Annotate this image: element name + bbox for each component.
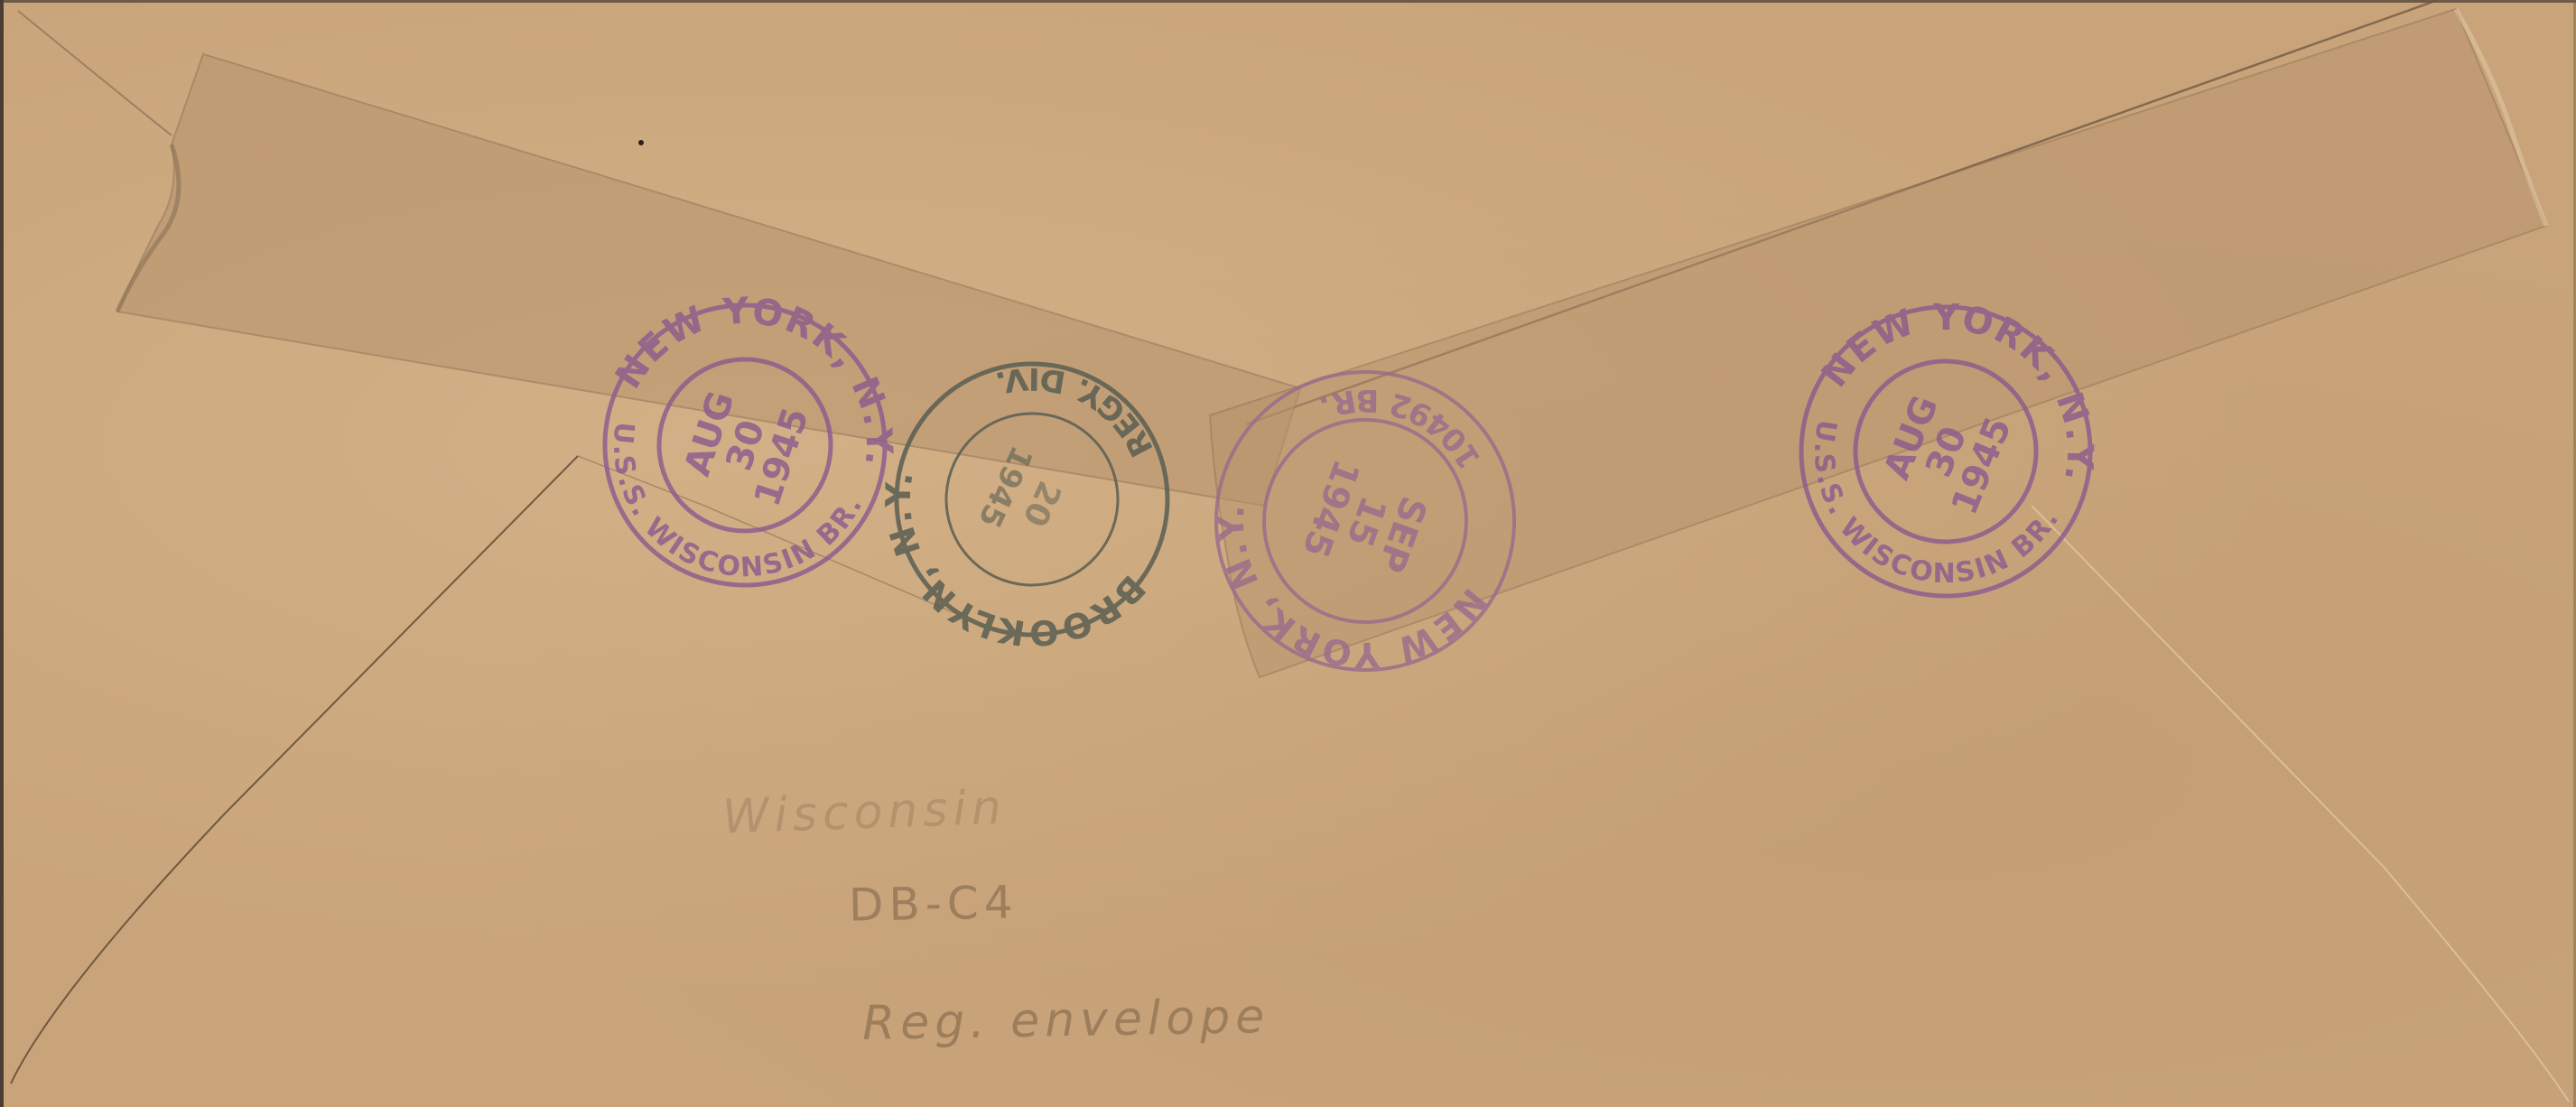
pencil-note-registered-envelope: Reg. envelope: [862, 990, 1270, 1051]
postmark-10492-branch: NEW YORK, N.Y. 10492 BR. SEP 15 1945: [1172, 330, 1558, 717]
postmark-uss-wisconsin-1: NEW YORK, N.Y. U.S.S. WISCONSIN BR. AUG …: [556, 250, 938, 625]
postmark-uss-wisconsin-2: NEW YORK, N.Y. U.S.S. WISCONSIN BR. AUG …: [1750, 250, 2145, 643]
postmark-brooklyn-regy-div: BROOKLYN, N.Y. REGY. DIV. 20 1945: [831, 310, 1227, 702]
pencil-note-catalog-code: DB-C4: [849, 876, 1019, 931]
postmarks-layer: NEW YORK, N.Y. U.S.S. WISCONSIN BR. AUG …: [0, 0, 2576, 1107]
envelope-back: NEW YORK, N.Y. U.S.S. WISCONSIN BR. AUG …: [0, 0, 2576, 1107]
pencil-note-ship-name: Wisconsin: [721, 781, 1008, 845]
